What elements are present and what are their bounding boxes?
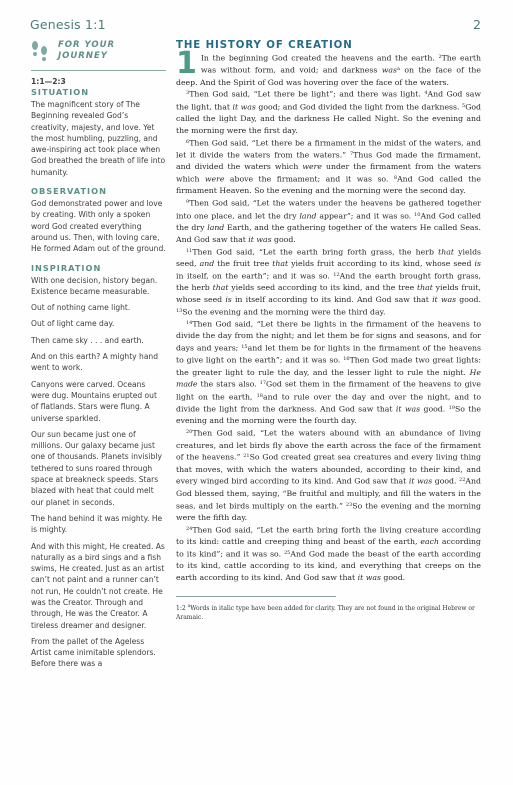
paragraph: 24Then God said, “Let the earth bring fo… — [176, 524, 481, 584]
journey-title: FOR YOUR JOURNEY — [58, 40, 115, 62]
inspiration-paragraph: Then came sky . . . and earth. — [31, 335, 166, 346]
journey-header: FOR YOUR JOURNEY — [31, 40, 166, 71]
situation-heading: SITUATION — [31, 87, 166, 97]
page-number: 2 — [473, 17, 481, 32]
bible-page: Genesis 1:1 2 FOR YOUR JOURNEY 1:1—2:3 S… — [0, 0, 513, 785]
inspiration-paragraph: The hand behind it was mighty. He is mig… — [31, 513, 166, 536]
inspiration-paragraph: From the pallet of the Ageless Artist ca… — [31, 636, 166, 670]
inspiration-heading: INSPIRATION — [31, 263, 166, 273]
paragraph: 9Then God said, “Let the waters under th… — [176, 197, 481, 245]
observation-text: God demonstrated power and love by creat… — [31, 198, 166, 254]
passage-reference: 1:1—2:3 — [31, 77, 166, 86]
section-heading: THE HISTORY OF CREATION — [176, 40, 481, 51]
paragraph: 14Then God said, “Let there be lights in… — [176, 318, 481, 427]
inspiration-paragraph: Out of nothing came light. — [31, 302, 166, 313]
footnote-divider — [176, 596, 336, 597]
inspiration-paragraph: And with this might, He created. As natu… — [31, 541, 166, 631]
inspiration-paragraph: With one decision, history began. Existe… — [31, 275, 166, 298]
chapter-number: 1 — [176, 53, 197, 75]
inspiration-paragraph: Out of light came day. — [31, 318, 166, 329]
inspiration-paragraph: Our sun became just one of millions. Our… — [31, 429, 166, 508]
running-head: Genesis 1:1 — [30, 17, 106, 32]
inspiration-paragraph: And on this earth? A mighty hand went to… — [31, 351, 166, 374]
inspiration-paragraph: Canyons were carved. Oceans were dug. Mo… — [31, 379, 166, 424]
paragraph: 11Then God said, “Let the earth bring fo… — [176, 246, 481, 318]
paragraph: 1In the beginning God created the heaven… — [176, 52, 481, 88]
footnote: 1:2 aWords in italic type have been adde… — [176, 603, 481, 623]
observation-heading: OBSERVATION — [31, 186, 166, 196]
journey-sidebar: FOR YOUR JOURNEY 1:1—2:3 SITUATION The m… — [31, 40, 166, 675]
paragraph: 20Then God said, “Let the waters abound … — [176, 427, 481, 524]
paragraph: 6Then God said, “Let there be a firmamen… — [176, 137, 481, 198]
footprints-icon — [31, 40, 53, 64]
verse-text: 1In the beginning God created the heaven… — [176, 52, 481, 584]
situation-text: The magnificent story of The Beginning r… — [31, 99, 166, 178]
paragraph: 3Then God said, “Let there be light”; an… — [176, 88, 481, 136]
scripture-column: THE HISTORY OF CREATION 1In the beginnin… — [176, 40, 481, 622]
